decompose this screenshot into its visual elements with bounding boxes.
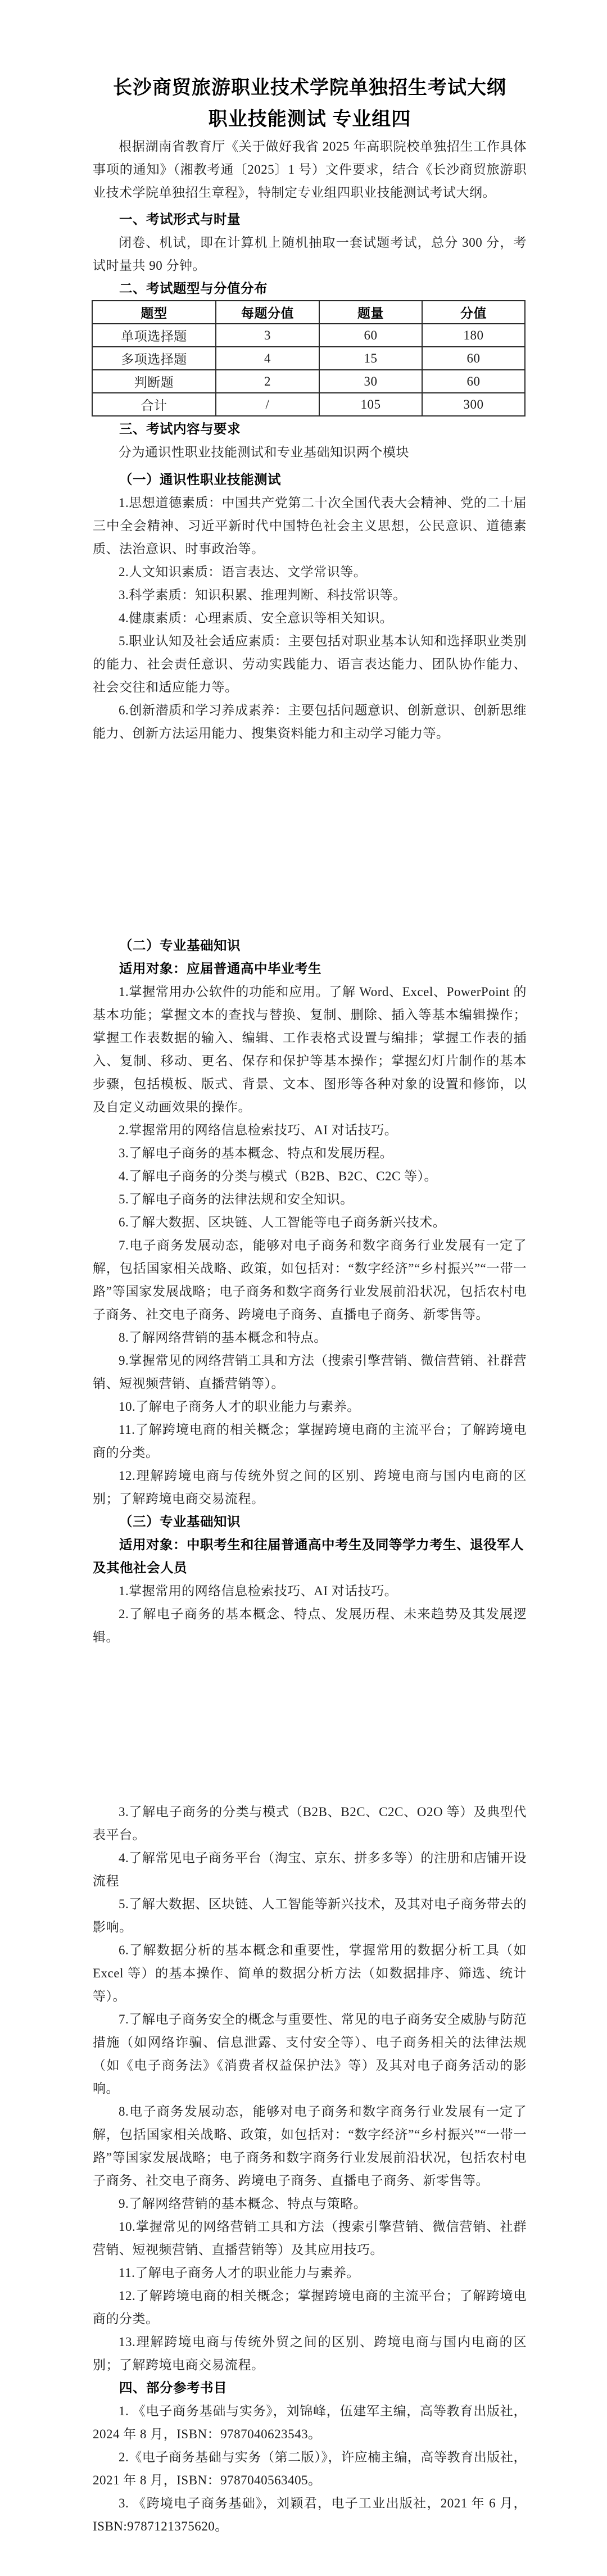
module2-item: 8.了解网络营销的基本概念和特点。	[93, 1326, 527, 1349]
module3-heading: （三）专业基础知识	[93, 1510, 527, 1533]
col-header-points-per-question: 每题分值	[216, 301, 319, 324]
col-header-question-count: 题量	[319, 301, 422, 324]
reference-book: 2.《电子商务基础与实务（第二版）》，许应楠主编，高等教育出版社，2021 年 …	[93, 2446, 527, 2492]
module3-item: 5.了解大数据、区块链、人工智能等新兴技术，及其对电子商务带去的影响。	[93, 1893, 527, 1939]
module2-heading: （二）专业基础知识	[93, 934, 527, 957]
module2-item: 3.了解电子商务的基本概念、特点和发展历程。	[93, 1142, 527, 1165]
page-3: 3.了解电子商务的分类与模式（B2B、B2C、C2C、O2O 等）及典型代表平台…	[0, 1717, 607, 2576]
cell-per-question: 4	[216, 347, 319, 370]
module2-item: 6.了解大数据、区块链、人工智能等电子商务新兴技术。	[93, 1211, 527, 1234]
cell-count: 105	[319, 393, 422, 416]
table-row: 判断题 2 30 60	[92, 370, 525, 393]
module3-item: 1.掌握常用的网络信息检索技巧、AI 对话技巧。	[93, 1579, 527, 1602]
table-header-row: 题型 每题分值 题量 分值	[92, 301, 525, 324]
cell-points: 60	[422, 347, 525, 370]
cell-per-question: 3	[216, 324, 319, 347]
exam-outline-document: 长沙商贸旅游职业技术学院单独招生考试大纲 职业技能测试 专业组四 根据湖南省教育…	[0, 0, 607, 2576]
module2-item: 10.了解电子商务人才的职业能力与素养。	[93, 1395, 527, 1418]
cell-points: 180	[422, 324, 525, 347]
module3-item: 8.电子商务发展动态，能够对电子商务和数字商务行业发展有一定了解，包括国家相关战…	[93, 2100, 527, 2192]
cell-count: 60	[319, 324, 422, 347]
module2-item: 12.理解跨境电商与传统外贸之间的区别、跨境电商与国内电商的区别；了解跨境电商交…	[93, 1464, 527, 1510]
module3-item: 12.了解跨境电商的相关概念；掌握跨境电商的主流平台；了解跨境电商的分类。	[93, 2284, 527, 2330]
module2-item: 5.了解电子商务的法律法规和安全知识。	[93, 1188, 527, 1211]
module1-item: 4.健康素质：心理素质、安全意识等相关知识。	[93, 606, 527, 630]
cell-type: 单项选择题	[92, 324, 216, 347]
reference-book: 1. 《电子商务基础与实务》，刘锦峰，伍建军主编，高等教育出版社，2024 年 …	[93, 2400, 527, 2446]
module2-item: 1.掌握常用办公软件的功能和应用。了解 Word、Excel、PowerPoin…	[93, 980, 527, 1119]
cell-type: 合计	[92, 393, 216, 416]
module2-item: 7.电子商务发展动态，能够对电子商务和数字商务行业发展有一定了解，包括国家相关战…	[93, 1234, 527, 1326]
cell-per-question: 2	[216, 370, 319, 393]
document-title-line2: 职业技能测试 专业组四	[93, 103, 527, 135]
module3-item: 7.了解电子商务安全的概念与重要性、常见的电子商务安全威胁与防范措施（如网络诈骗…	[93, 2008, 527, 2100]
section2-heading: 二、考试题型与分值分布	[93, 277, 527, 300]
module3-item: 11.了解电子商务人才的职业能力与素养。	[93, 2261, 527, 2284]
reference-book: 3. 《跨境电子商务基础》，刘颖君，电子工业出版社，2021 年 6 月，ISB…	[93, 2492, 527, 2538]
col-header-total-points: 分值	[422, 301, 525, 324]
module2-item: 4.了解电子商务的分类与模式（B2B、B2C、C2C 等）。	[93, 1165, 527, 1188]
intro-paragraph: 根据湖南省教育厅《关于做好我省 2025 年高职院校单独招生工作具体事项的通知》…	[93, 135, 527, 204]
cell-count: 30	[319, 370, 422, 393]
module3-item: 13.理解跨境电商与传统外贸之间的区别、跨境电商与国内电商的区别；了解跨境电商交…	[93, 2330, 527, 2376]
table-row: 多项选择题 4 15 60	[92, 347, 525, 370]
module3-item: 10.掌握常见的网络营销工具和方法（搜索引擎营销、微信营销、社群营销、短视频营销…	[93, 2215, 527, 2261]
module3-item: 2.了解电子商务的基本概念、特点、发展历程、未来趋势及其发展逻辑。	[93, 1602, 527, 1649]
page-1: 长沙商贸旅游职业技术学院单独招生考试大纲 职业技能测试 专业组四 根据湖南省教育…	[0, 0, 607, 858]
section1-paragraph: 闭卷、机试，即在计算机上随机抽取一套试题考试，总分 300 分，考试时量共 90…	[93, 231, 527, 277]
module1-item: 5.职业认知及社会适应素质：主要包括对职业基本认知和选择职业类别的能力、社会责任…	[93, 630, 527, 699]
score-distribution-table: 题型 每题分值 题量 分值 单项选择题 3 60 180 多项选择题 4 15	[92, 300, 526, 416]
cell-points: 60	[422, 370, 525, 393]
module1-item: 2.人文知识素质：语言表达、文学常识等。	[93, 560, 527, 583]
cell-type: 多项选择题	[92, 347, 216, 370]
module3-audience: 适用对象：中职考生和往届普通高中考生及同等学力考生、退役军人及其他社会人员	[93, 1533, 527, 1579]
table-row-total: 合计 / 105 300	[92, 393, 525, 416]
cell-points: 300	[422, 393, 525, 416]
cell-count: 15	[319, 347, 422, 370]
module1-item: 1.思想道德素质：中国共产党第二十次全国代表大会精神、党的二十届三中全会精神、习…	[93, 491, 527, 560]
cell-type: 判断题	[92, 370, 216, 393]
module3-item: 4.了解常见电子商务平台（淘宝、京东、拼多多等）的注册和店铺开设流程	[93, 1846, 527, 1893]
module2-item: 9.掌握常见的网络营销工具和方法（搜索引擎营销、微信营销、社群营销、短视频营销、…	[93, 1349, 527, 1395]
module1-item: 6.创新潜质和学习养成素养：主要包括问题意识、创新意识、创新思维能力、创新方法运…	[93, 699, 527, 745]
module1-item: 3.科学素质：知识积累、推理判断、科技常识等。	[93, 583, 527, 606]
cell-per-question: /	[216, 393, 319, 416]
document-title-line1: 长沙商贸旅游职业技术学院单独招生考试大纲	[93, 72, 527, 103]
section4-heading: 四、部分参考书目	[93, 2376, 527, 2400]
section3-heading: 三、考试内容与要求	[93, 418, 527, 441]
col-header-question-type: 题型	[92, 301, 216, 324]
module3-item: 3.了解电子商务的分类与模式（B2B、B2C、C2C、O2O 等）及典型代表平台…	[93, 1800, 527, 1846]
module2-audience: 适用对象：应届普通高中毕业考生	[93, 957, 527, 980]
table-row: 单项选择题 3 60 180	[92, 324, 525, 347]
module1-heading: （一）通识性职业技能测试	[93, 468, 527, 491]
module2-item: 2.掌握常用的网络信息检索技巧、AI 对话技巧。	[93, 1119, 527, 1142]
module3-item: 6.了解数据分析的基本概念和重要性，掌握常用的数据分析工具（如 Excel 等）…	[93, 1939, 527, 2008]
section3-intro-line: 分为通识性职业技能测试和专业基础知识两个模块	[93, 441, 527, 464]
module3-item: 9.了解网络营销的基本概念、特点与策略。	[93, 2192, 527, 2215]
module2-item: 11.了解跨境电商的相关概念；掌握跨境电商的主流平台；了解跨境电商的分类。	[93, 1418, 527, 1464]
section1-heading: 一、考试形式与时量	[93, 208, 527, 231]
page-2: （二）专业基础知识 适用对象：应届普通高中毕业考生 1.掌握常用办公软件的功能和…	[0, 858, 607, 1717]
